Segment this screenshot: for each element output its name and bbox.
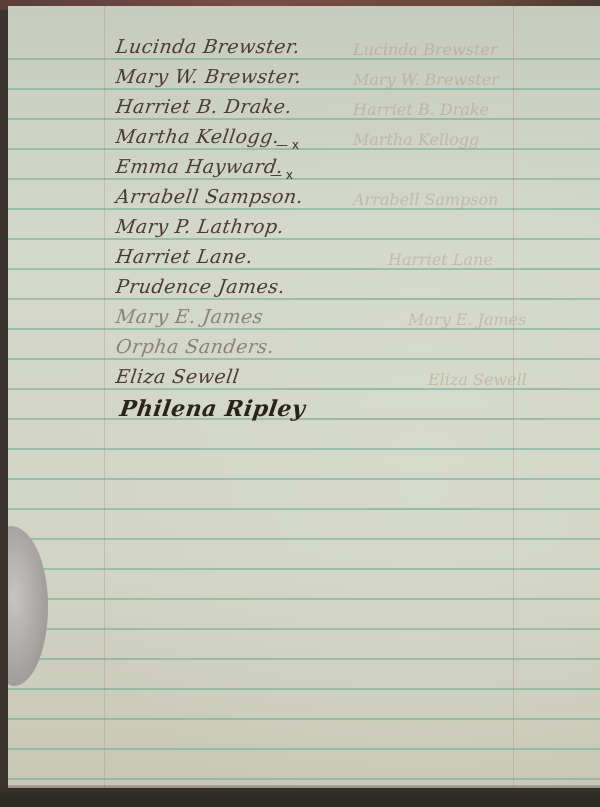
ruled-line [8, 148, 600, 150]
name-entry: Arrabell Sampson. [114, 186, 304, 208]
ruled-line [8, 208, 600, 210]
name-entry: Mary E. James [114, 306, 264, 328]
ruled-line [8, 298, 600, 300]
thumb-holding-page [8, 526, 48, 686]
ruled-line [8, 268, 600, 270]
entry-mark: — x [276, 138, 299, 152]
entry-mark: — x [270, 168, 293, 182]
ruled-line [8, 478, 600, 480]
ruled-line [8, 448, 600, 450]
name-entry: Mary P. Lathrop. [114, 216, 285, 238]
name-entry: Orpha Sanders. [114, 336, 275, 358]
bleed-through-text: Harriet B. Drake [353, 100, 489, 119]
name-entry: Mary W. Brewster. [114, 66, 303, 88]
ruled-line [8, 358, 600, 360]
ruled-line [8, 58, 600, 60]
ruled-line [8, 88, 600, 90]
name-entry: Lucinda Brewster. [114, 36, 301, 58]
ruled-line [8, 688, 600, 690]
bleed-through-text: Harriet Lane [388, 250, 493, 269]
name-entry: Harriet B. Drake. [114, 96, 293, 118]
name-entry: Philena Ripley [118, 396, 307, 422]
bleed-through-text: Lucinda Brewster [353, 40, 498, 59]
ruled-line [8, 178, 600, 180]
book-bottom-edge [0, 785, 600, 807]
ruled-line [8, 538, 600, 540]
name-entry: Emma Hayward. [114, 156, 284, 178]
name-entry: Prudence James. [114, 276, 286, 298]
name-entry: Martha Kellogg. [114, 126, 281, 148]
ruled-line [8, 508, 600, 510]
ruled-line [8, 778, 600, 780]
ruled-line [8, 748, 600, 750]
bleed-through-text: Arrabell Sampson [353, 190, 498, 209]
margin-line [513, 6, 514, 788]
bleed-through-text: Mary W. Brewster [353, 70, 499, 89]
ruled-line [8, 598, 600, 600]
margin-line [104, 6, 105, 788]
bleed-through-text: Martha Kellogg [353, 130, 479, 149]
ruled-line [8, 658, 600, 660]
ruled-line [8, 628, 600, 630]
ruled-line [8, 238, 600, 240]
bleed-through-text: Eliza Sewell [428, 370, 527, 389]
name-entry: Eliza Sewell [114, 366, 240, 388]
name-entry: Harriet Lane. [114, 246, 254, 268]
ruled-line [8, 718, 600, 720]
bleed-through-text: Mary E. James [408, 310, 526, 329]
ledger-page: Lucinda Brewster Mary W. Brewster Harrie… [8, 6, 600, 788]
ruled-line [8, 118, 600, 120]
ruled-line [8, 568, 600, 570]
